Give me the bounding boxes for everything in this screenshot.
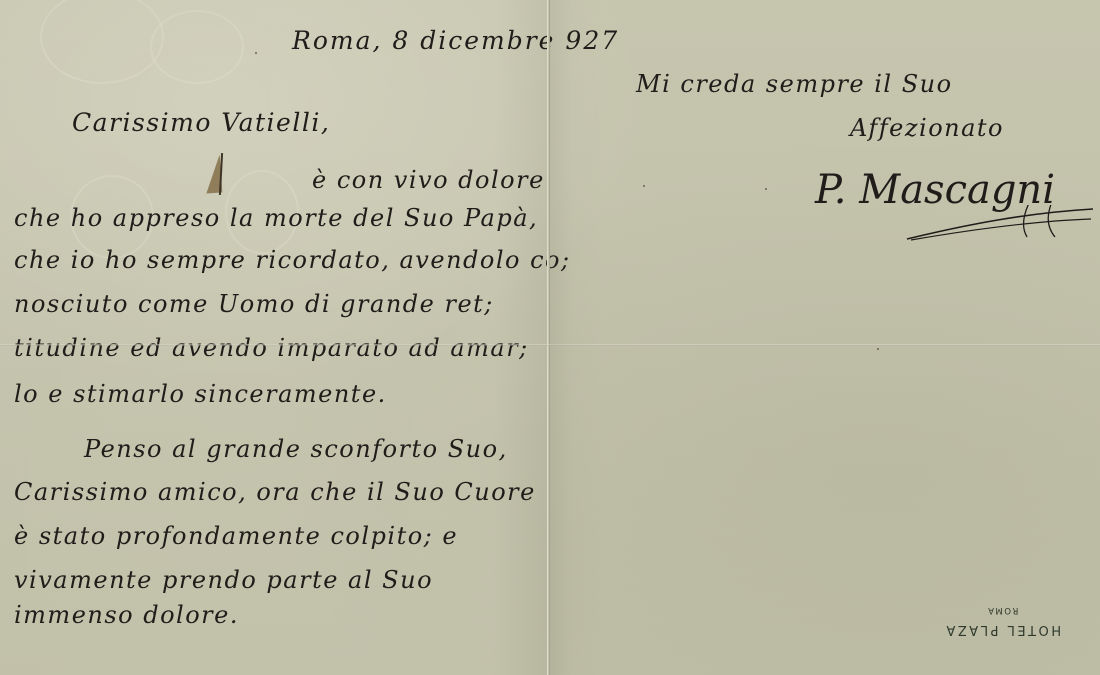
letterhead-city: ROMA — [940, 605, 1065, 615]
letterhead-hotel-name: HOTEL PLAZA — [940, 622, 1065, 637]
body-line: è con vivo dolore — [312, 168, 545, 192]
paper-speck — [877, 348, 879, 350]
closing-affezionato: Affezionato — [850, 116, 1004, 140]
paper-speck — [765, 188, 767, 190]
body-line: lo e stimarlo sinceramente. — [14, 382, 387, 406]
body-line: Penso al grande sconforto Suo, — [84, 437, 508, 461]
body-line: titudine ed avendo imparato ad amar; — [14, 336, 529, 360]
left-page: Roma, 8 dicembre 927 Carissimo Vatielli,… — [0, 0, 548, 675]
signature-flourish — [905, 205, 1095, 241]
body-line: che io ho sempre ricordato, avendolo co; — [14, 248, 571, 272]
closing-line: Mi creda sempre il Suo — [636, 72, 953, 96]
body-line: vivamente prendo parte al Suo — [14, 568, 433, 592]
letterhead-upside-down: HOTEL PLAZA ROMA — [940, 605, 1065, 637]
letter-sheet: Roma, 8 dicembre 927 Carissimo Vatielli,… — [0, 0, 1100, 675]
body-line: Carissimo amico, ora che il Suo Cuore — [14, 480, 536, 504]
body-line: è stato profondamente colpito; e — [14, 524, 458, 548]
salutation: Carissimo Vatielli, — [72, 110, 330, 135]
paper-speck — [643, 185, 645, 187]
body-line: nosciuto come Uomo di grande ret; — [14, 292, 494, 316]
signature: P. Mascagni — [815, 170, 1055, 210]
watermark-ornament — [150, 10, 244, 84]
paper-speck — [255, 52, 257, 54]
right-page — [550, 0, 1100, 675]
watermark-ornament — [40, 0, 164, 84]
body-line: che ho appreso la morte del Suo Papà, — [14, 206, 538, 230]
body-line: immenso dolore. — [14, 603, 239, 627]
